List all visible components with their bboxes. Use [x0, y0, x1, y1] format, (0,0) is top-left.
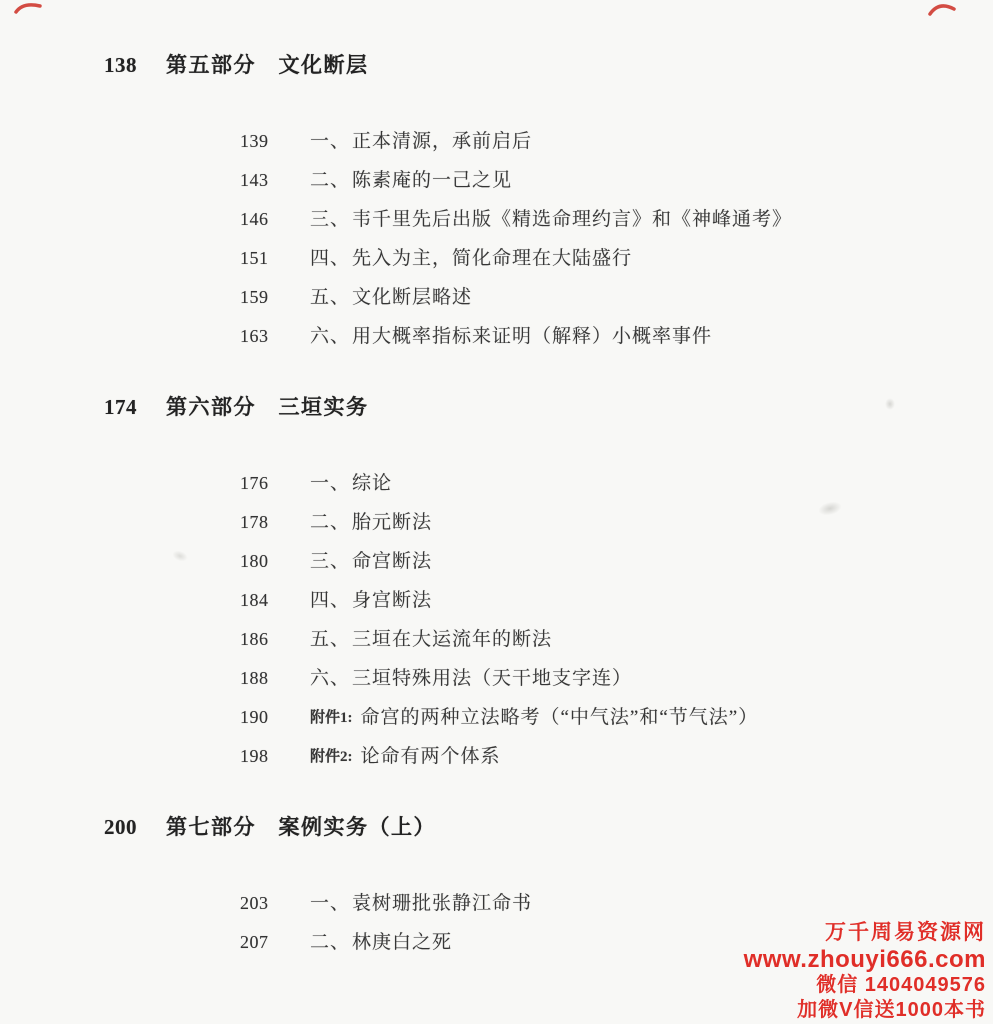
toc-entry: 178二、胎元断法: [0, 503, 993, 542]
section-header: 174第六部分 三垣实务: [0, 394, 993, 420]
entry-title: 三垣特殊用法（天干地支字连）: [352, 668, 632, 689]
entry-page-number: 151: [240, 239, 310, 278]
entry-title: 三垣在大运流年的断法: [352, 629, 552, 650]
entry-prefix: 三、: [310, 209, 350, 230]
toc-entry: 190附件1:命宫的两种立法略考（“中气法”和“节气法”）: [0, 698, 993, 737]
entry-prefix: 四、: [310, 248, 350, 269]
entry-page-number: 143: [240, 161, 310, 200]
toc-entry: 203一、袁树珊批张静江命书: [0, 884, 993, 923]
section-page-number: 174: [104, 394, 166, 420]
entry-page-number: 184: [240, 581, 310, 620]
section-title: 第五部分 文化断层: [166, 53, 369, 77]
entry-title: 文化断层略述: [352, 287, 472, 308]
entry-title: 正本清源，承前启后: [352, 131, 532, 152]
table-of-contents: 138第五部分 文化断层139一、正本清源，承前启后143二、陈素庵的一己之见1…: [0, 0, 993, 962]
section-title: 第六部分 三垣实务: [166, 395, 369, 419]
toc-entry: 188六、三垣特殊用法（天干地支字连）: [0, 659, 993, 698]
watermark-line: 万千周易资源网: [744, 920, 986, 946]
watermark-line: www.zhouyi666.com: [744, 946, 986, 973]
entry-page-number: 180: [240, 542, 310, 581]
entry-title: 用大概率指标来证明（解释）小概率事件: [352, 326, 712, 347]
entry-prefix: 二、: [310, 932, 350, 953]
toc-entry: 163六、用大概率指标来证明（解释）小概率事件: [0, 317, 993, 356]
entry-page-number: 139: [240, 122, 310, 161]
entry-prefix: 六、: [310, 326, 350, 347]
section-header: 200第七部分 案例实务（上）: [0, 814, 993, 840]
toc-section: 174第六部分 三垣实务176一、综论178二、胎元断法180三、命宫断法184…: [0, 394, 993, 776]
toc-entry: 176一、综论: [0, 464, 993, 503]
entry-prefix: 二、: [310, 170, 350, 191]
entry-prefix: 五、: [310, 629, 350, 650]
entry-page-number: 203: [240, 884, 310, 923]
entry-prefix: 四、: [310, 590, 350, 611]
toc-entry: 184四、身宫断法: [0, 581, 993, 620]
entry-prefix: 六、: [310, 668, 350, 689]
entry-title: 命宫的两种立法略考（“中气法”和“节气法”）: [361, 707, 759, 728]
toc-section: 138第五部分 文化断层139一、正本清源，承前启后143二、陈素庵的一己之见1…: [0, 52, 993, 356]
entry-prefix: 一、: [310, 893, 350, 914]
watermark-line: 加微V信送1000本书: [744, 998, 986, 1022]
toc-entry: 143二、陈素庵的一己之见: [0, 161, 993, 200]
entry-title: 林庚白之死: [352, 932, 452, 953]
entry-prefix: 附件2:: [310, 749, 353, 765]
entry-title: 韦千里先后出版《精选命理约言》和《神峰通考》: [352, 209, 792, 230]
entry-page-number: 198: [240, 737, 310, 776]
entry-title: 袁树珊批张静江命书: [352, 893, 532, 914]
section-page-number: 200: [104, 814, 166, 840]
entry-page-number: 146: [240, 200, 310, 239]
entry-page-number: 178: [240, 503, 310, 542]
entry-prefix: 附件1:: [310, 710, 353, 726]
entry-title: 命宫断法: [352, 551, 432, 572]
entry-title: 论命有两个体系: [361, 746, 501, 767]
toc-entry: 159五、文化断层略述: [0, 278, 993, 317]
entry-title: 身宫断法: [352, 590, 432, 611]
entry-title: 陈素庵的一己之见: [352, 170, 512, 191]
section-page-number: 138: [104, 52, 166, 78]
entry-title: 综论: [352, 473, 392, 494]
entry-prefix: 二、: [310, 512, 350, 533]
section-entries: 176一、综论178二、胎元断法180三、命宫断法184四、身宫断法186五、三…: [0, 464, 993, 776]
entry-page-number: 159: [240, 278, 310, 317]
toc-entry: 151四、先入为主，简化命理在大陆盛行: [0, 239, 993, 278]
scanned-toc-page: 138第五部分 文化断层139一、正本清源，承前启后143二、陈素庵的一己之见1…: [0, 0, 993, 1024]
entry-prefix: 一、: [310, 473, 350, 494]
toc-entry: 180三、命宫断法: [0, 542, 993, 581]
section-header: 138第五部分 文化断层: [0, 52, 993, 78]
entry-page-number: 190: [240, 698, 310, 737]
entry-title: 先入为主，简化命理在大陆盛行: [352, 248, 632, 269]
entry-page-number: 207: [240, 923, 310, 962]
entry-title: 胎元断法: [352, 512, 432, 533]
entry-prefix: 三、: [310, 551, 350, 572]
entry-page-number: 163: [240, 317, 310, 356]
entry-prefix: 五、: [310, 287, 350, 308]
entry-page-number: 186: [240, 620, 310, 659]
section-entries: 139一、正本清源，承前启后143二、陈素庵的一己之见146三、韦千里先后出版《…: [0, 122, 993, 356]
toc-entry: 186五、三垣在大运流年的断法: [0, 620, 993, 659]
entry-page-number: 188: [240, 659, 310, 698]
entry-page-number: 176: [240, 464, 310, 503]
toc-entry: 139一、正本清源，承前启后: [0, 122, 993, 161]
watermark-line: 微信 1404049576: [744, 973, 986, 998]
toc-entry: 198附件2:论命有两个体系: [0, 737, 993, 776]
section-title: 第七部分 案例实务（上）: [166, 815, 436, 839]
watermark-block: 万千周易资源网www.zhouyi666.com微信 1404049576加微V…: [744, 920, 986, 1022]
toc-entry: 146三、韦千里先后出版《精选命理约言》和《神峰通考》: [0, 200, 993, 239]
entry-prefix: 一、: [310, 131, 350, 152]
